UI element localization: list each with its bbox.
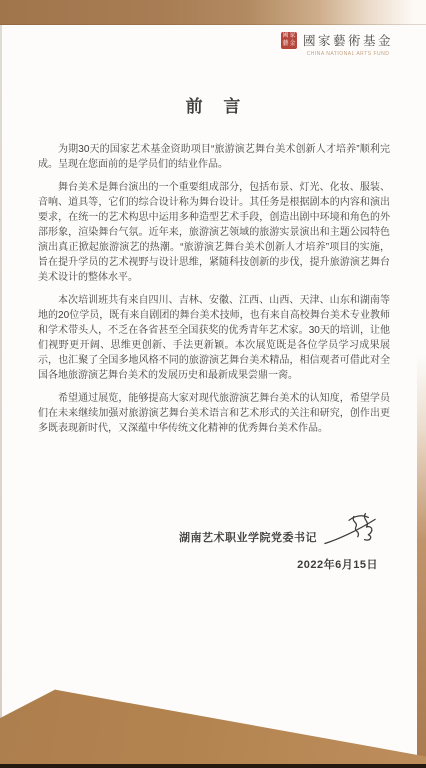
seal-char: 藝 — [282, 41, 288, 48]
arts-fund-seal-icon: 國 家 藝 金 — [281, 32, 297, 49]
signer-title: 湖南艺术职业学院党委书记 — [179, 529, 317, 545]
signature-row: 湖南艺术职业学院党委书记 — [179, 508, 378, 550]
arts-fund-name-zh: 國家藝術基金 — [303, 31, 393, 49]
arts-fund-logo-text: 國家藝術基金 CHINA NATIONAL ARTS FUND — [303, 31, 393, 57]
signature-date: 2022年6月15日 — [297, 556, 378, 572]
preface-body: 为期30天的国家艺术基金资助项目“旅游演艺舞台美术创新人才培养”顺利完成。呈现在… — [38, 142, 390, 444]
handwritten-signature-icon — [322, 508, 378, 550]
preface-paragraph: 舞台美术是舞台演出的一个重要组成部分，包括布景、灯光、化妆、服装、音响、道具等，… — [38, 180, 390, 285]
page-title: 前 言 — [0, 92, 426, 117]
seal-char: 金 — [289, 41, 295, 48]
preface-paragraph: 希望通过展览，能够提高大家对现代旅游演艺舞台美术的认知度，希望学员们在未来继续加… — [38, 391, 390, 436]
arts-fund-logo: 國 家 藝 金 國家藝術基金 CHINA NATIONAL ARTS FUND — [281, 31, 393, 57]
seal-char: 國 — [282, 33, 288, 40]
right-frame-edge — [417, 355, 426, 768]
preface-board-photo: 國 家 藝 金 國家藝術基金 CHINA NATIONAL ARTS FUND … — [0, 0, 426, 768]
bottom-frame-line — [0, 764, 426, 768]
arts-fund-name-en: CHINA NATIONAL ARTS FUND — [307, 51, 390, 57]
preface-paragraph: 为期30天的国家艺术基金资助项目“旅游演艺舞台美术创新人才培养”顺利完成。呈现在… — [38, 142, 390, 172]
signature-block: 湖南艺术职业学院党委书记 2022年6月15日 — [179, 508, 378, 572]
seal-char: 家 — [289, 33, 295, 40]
top-frame-band — [0, 0, 426, 25]
preface-paragraph: 本次培训班共有来自四川、吉林、安徽、江西、山西、天津、山东和湖南等地的20位学员… — [38, 293, 390, 383]
left-page-edge — [0, 25, 2, 720]
